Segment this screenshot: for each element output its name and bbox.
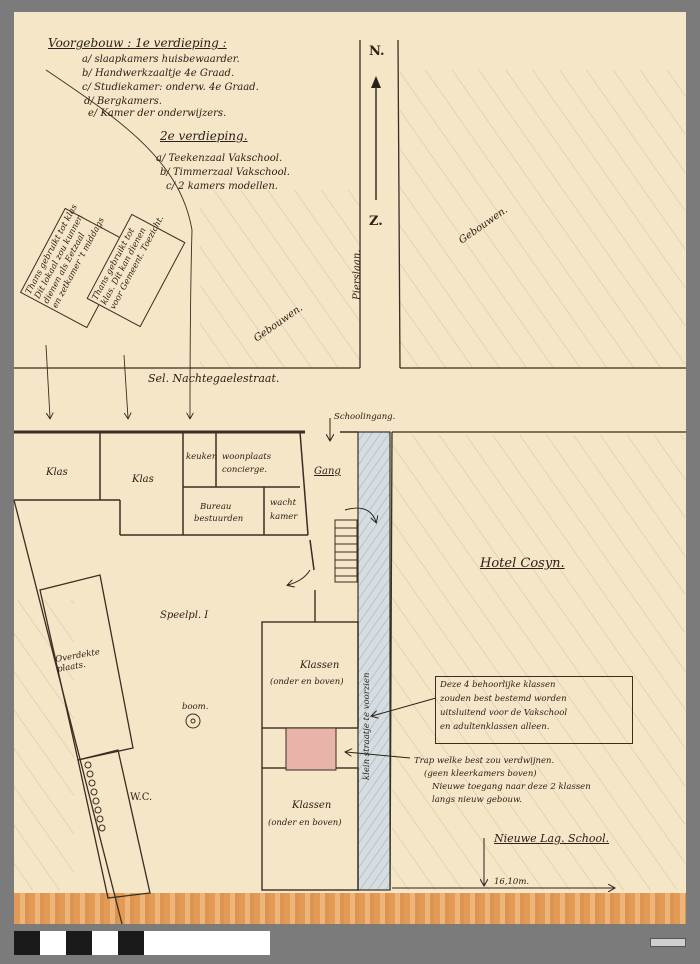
legend-item: a/ Teekenzaal Vakschool. <box>156 153 282 164</box>
street-nachtegaelestraat: Sel. Nachtegaelestraat. <box>148 372 279 385</box>
room-concierge: concierge. <box>222 465 267 475</box>
playground-label: Speelpl. I <box>160 610 208 621</box>
stair-note-line: langs nieuw gebouw. <box>432 795 522 805</box>
front-stairs <box>335 520 357 582</box>
floor-plan-drawing <box>0 0 700 964</box>
wc-stalls <box>85 762 105 831</box>
calibration-block <box>40 931 66 955</box>
legend-item: b/ Handwerkzaaltje 4e Graad. <box>82 68 234 79</box>
room-klas-1: Klas <box>46 467 68 478</box>
room-wacht: wacht <box>270 498 296 508</box>
corridor-strip <box>358 432 390 890</box>
tree-label: boom. <box>182 702 208 712</box>
hotel-label: Hotel Cosyn. <box>480 556 565 571</box>
room-kamer: kamer <box>270 512 297 522</box>
room-klassen-lower-sub: (onder en boven) <box>268 818 342 828</box>
hatch-hotel <box>392 435 685 890</box>
room-woonplaats: woonplaats <box>222 452 271 462</box>
archive-stamp <box>650 938 686 947</box>
legend-item: c/ 2 kamers modellen. <box>166 181 278 192</box>
corridor-label: klein straatje te voorzien <box>362 672 372 780</box>
hatch-buildings-right <box>400 70 685 368</box>
school-entrance-label: Schoolingang. <box>334 412 395 422</box>
room-bureau: Bureau <box>200 502 231 512</box>
stair-note-line: Nieuwe toegang naar deze 2 klassen <box>432 782 591 792</box>
legend-item: a/ slaapkamers huisbewaarder. <box>82 54 240 65</box>
note-line: en adultenklassen alleen. <box>440 722 549 732</box>
legend-item: b/ Timmerzaal Vakschool. <box>160 167 290 178</box>
stair-to-remove <box>286 728 336 770</box>
dimension-label: 16,10m. <box>494 877 529 887</box>
room-klassen-upper: Klassen <box>300 660 339 671</box>
note-line: Deze 4 behoorlijke klassen <box>440 680 556 690</box>
stair-note-line: (geen kleerkamers boven) <box>424 769 537 779</box>
first-floor-title: Voorgebouw : 1e verdieping : <box>48 36 227 50</box>
calibration-block <box>92 931 118 955</box>
wc-label: W.C. <box>130 792 152 803</box>
second-floor-title: 2e verdieping. <box>160 129 248 143</box>
calibration-block <box>66 931 92 955</box>
legend-item: c/ Studiekamer: onderw. 4e Graad. <box>82 82 259 93</box>
calibration-block <box>118 931 144 955</box>
note-line: zouden best bestemd worden <box>440 694 567 704</box>
tree-symbol <box>186 714 200 728</box>
legend-item: d/ Bergkamers. <box>84 96 162 107</box>
calibration-block <box>14 931 40 955</box>
hatch-buildings-left <box>200 190 360 368</box>
compass-south: Z. <box>369 214 383 229</box>
compass-north: N. <box>369 44 385 59</box>
room-bestuurden: bestuurden <box>194 514 243 524</box>
note-line: uitsluitend voor de Vakschool <box>440 708 567 718</box>
new-school-label: Nieuwe Lag. School. <box>494 832 609 845</box>
room-klassen-lower: Klassen <box>292 800 331 811</box>
street-pierslaan: Pierslaan. <box>352 250 363 301</box>
legend-item: e/ Kamer der onderwijzers. <box>88 108 226 119</box>
room-keuken: keuken <box>186 452 217 462</box>
calibration-block <box>144 931 270 955</box>
room-gang: Gang <box>314 466 341 477</box>
room-klas-2: Klas <box>132 474 154 485</box>
stair-note-line: Trap welke best zou verdwijnen. <box>414 756 554 766</box>
room-klassen-upper-sub: (onder en boven) <box>270 677 344 687</box>
